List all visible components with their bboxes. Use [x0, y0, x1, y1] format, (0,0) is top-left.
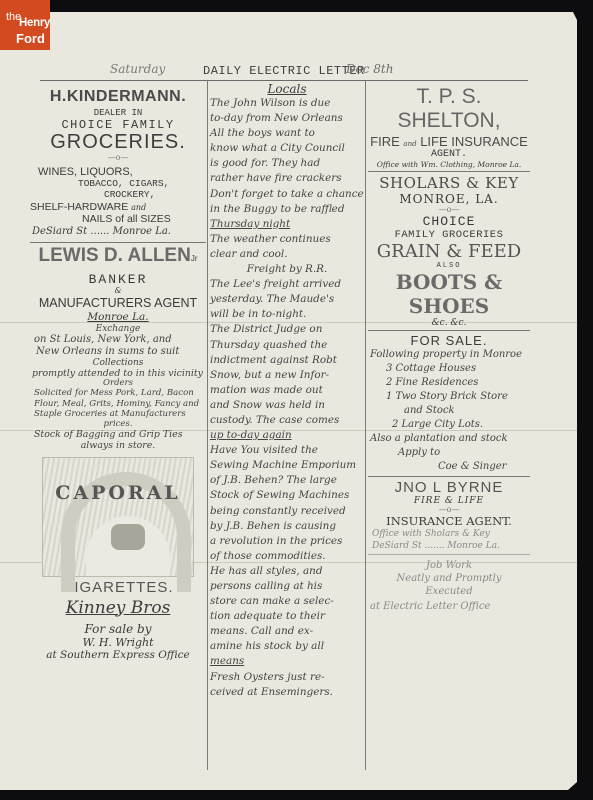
locals-line: will be in to-night.	[210, 307, 364, 322]
job-work-line: Executed	[368, 585, 530, 598]
for-sale-line: Apply to	[368, 446, 530, 460]
locals-line: He has all styles, and	[210, 564, 364, 579]
allen-city: Monroe La.	[30, 311, 206, 323]
locals-heading: Locals	[210, 82, 364, 96]
kindermann-hardware: SHELF-HARDWARE	[30, 201, 128, 213]
masthead-day: Saturday	[110, 62, 165, 76]
portrait-icon	[111, 524, 145, 550]
locals-line: rather have fire crackers	[210, 171, 364, 186]
cigarettes-seller: W. H. Wright	[30, 636, 206, 649]
locals-line: means	[210, 654, 364, 669]
locals-line: Stock of Sewing Machines	[210, 488, 364, 503]
sholars-etc: &c. &c.	[368, 318, 530, 328]
logo-ford: Ford	[16, 31, 45, 46]
sholars-family: FAMILY GROCERIES	[368, 229, 530, 241]
allen-line: on St Louis, New York, and	[30, 334, 206, 346]
for-sale-heading: FOR SALE.	[368, 333, 530, 348]
for-sale-line: 1 Two Story Brick Store	[368, 390, 530, 404]
sholars-city: MONROE, LA.	[368, 192, 530, 206]
byrne-insurance: INSURANCE AGENT.	[368, 514, 530, 528]
divider	[368, 330, 530, 331]
locals-line: The District Judge on	[210, 322, 364, 337]
masthead-title: DAILY ELECTRIC LETTER	[203, 64, 365, 78]
shelton-ad: T. P. S. SHELTON, FIRE and LIFE INSURANC…	[368, 85, 530, 169]
right-column: T. P. S. SHELTON, FIRE and LIFE INSURANC…	[368, 82, 530, 616]
locals-line: yesterday. The Maude's	[210, 292, 364, 307]
sholars-grain: GRAIN & FEED	[368, 241, 530, 262]
allen-line: Stock of Bagging and Grip Ties	[30, 429, 206, 440]
locals-line: The Lee's freight arrived	[210, 277, 364, 292]
for-sale-line: and Stock	[368, 404, 530, 418]
henry-ford-logo[interactable]: the Henry Ford	[0, 0, 50, 50]
left-column: H.KINDERMANN. DEALER IN CHOICE FAMILY GR…	[30, 82, 206, 661]
allen-line: Exchange	[30, 324, 206, 334]
locals-line: means. Call and ex-	[210, 624, 364, 639]
kindermann-and: and	[131, 203, 146, 212]
locals-line: being constantly received	[210, 504, 364, 519]
locals-line: Thursday night	[210, 217, 364, 232]
job-work-line: Neatly and Promptly	[368, 572, 530, 585]
sholars-also: ALSO	[368, 262, 530, 270]
locals-line: in the Buggy to be raffled	[210, 202, 364, 217]
kindermann-wines: WINES, LIQUORS,	[30, 166, 206, 178]
shelton-office: Office with Wm. Clothing, Monroe La.	[368, 160, 530, 169]
allen-amp: &	[30, 287, 206, 295]
divider	[368, 554, 530, 555]
allen-line: Collections	[30, 358, 206, 368]
locals-line: persons calling at his	[210, 579, 364, 594]
allen-jr: Jr	[191, 254, 198, 263]
for-sale-ad: FOR SALE. Following property in Monroe 3…	[368, 333, 530, 474]
divider	[368, 171, 530, 172]
kindermann-groceries: GROCERIES.	[30, 131, 206, 154]
locals-line: is good for. They had	[210, 156, 364, 171]
locals-line: up to-day again	[210, 428, 364, 443]
job-work-ad: Job Work Neatly and Promptly Executed at…	[368, 559, 530, 616]
sholars-choice: CHOICE	[368, 214, 530, 229]
kindermann-tobacco: TOBACCO, CIGARS,	[30, 178, 206, 189]
sholars-key-ad: SHOLARS & KEY MONROE, LA. —o— CHOICE FAM…	[368, 174, 530, 328]
locals-line: Fresh Oysters just re-	[210, 670, 364, 685]
locals-line: a revolution in the prices	[210, 534, 364, 549]
locals-line: by J.B. Behen is causing	[210, 519, 364, 534]
shelton-agent: AGENT.	[368, 149, 530, 160]
locals-text: The John Wilson is due to-day from New O…	[210, 96, 364, 700]
masthead-rule	[40, 80, 528, 81]
for-sale-line: Also a plantation and stock	[368, 432, 530, 446]
allen-banker: BANKER	[30, 272, 206, 287]
logo-henry: Henry	[19, 17, 50, 29]
locals-line: tion adequate to their	[210, 609, 364, 624]
locals-line: Snow, but a new Infor-	[210, 368, 364, 383]
shelton-life: LIFE INSURANCE	[420, 134, 528, 149]
locals-line: custody. The case comes	[210, 413, 364, 428]
shelton-and: and	[403, 140, 416, 148]
divider	[30, 242, 206, 243]
for-sale-line: 3 Cottage Houses	[368, 362, 530, 376]
sholars-name: SHOLARS & KEY	[368, 174, 530, 192]
for-sale-line: Following property in Monroe	[368, 348, 530, 362]
cigarettes-maker: Kinney Bros	[30, 598, 206, 618]
allen-line: New Orleans in sums to suit	[30, 346, 206, 358]
kindermann-crockery: CROCKERY,	[30, 189, 206, 200]
allen-name: LEWIS D. ALLEN	[38, 245, 190, 266]
for-sale-line: 2 Large City Lots.	[368, 418, 530, 432]
locals-line: know what a City Council	[210, 141, 364, 156]
locals-line: amine his stock by all	[210, 639, 364, 654]
kindermann-nails: NAILS of all SIZES	[30, 213, 206, 225]
locals-line: All the boys want to	[210, 126, 364, 141]
locals-line: clear and cool.	[210, 247, 364, 262]
byrne-office: Office with Sholars & Key	[368, 528, 530, 540]
locals-line: Thursday quashed the	[210, 338, 364, 353]
locals-line: of those commodities.	[210, 549, 364, 564]
masthead-date: Dec 8th	[346, 62, 393, 76]
allen-agent: MANUFACTURERS AGENT	[30, 296, 206, 310]
locals-line: to-day from New Orleans	[210, 111, 364, 126]
shelton-name: T. P. S. SHELTON,	[368, 85, 530, 133]
divider	[368, 476, 530, 477]
allen-line: prices.	[30, 420, 206, 429]
byrne-name: JNO L BYRNE	[368, 479, 530, 496]
allen-ad: LEWIS D. ALLENJr BANKER & MANUFACTURERS …	[30, 245, 206, 451]
sholars-boots: BOOTS & SHOES	[368, 270, 530, 318]
masthead: Saturday DAILY ELECTRIC LETTER Dec 8th	[0, 62, 577, 82]
caporal-illustration: CAPORAL	[42, 457, 194, 577]
locals-line: of J.B. Behen? The large	[210, 473, 364, 488]
allen-line: Flour, Meal, Grits, Hominy, Fancy and	[30, 399, 206, 410]
allen-line: Solicited for Mess Pork, Lard, Bacon	[30, 388, 206, 399]
kindermann-name: H.KINDERMANN.	[30, 88, 206, 106]
byrne-ad: JNO L BYRNE FIRE & LIFE —o— INSURANCE AG…	[368, 479, 530, 552]
column-divider	[207, 80, 208, 770]
for-sale-line: Coe & Singer	[368, 460, 530, 474]
locals-line: The weather continues	[210, 232, 364, 247]
locals-line: indictment against Robt	[210, 353, 364, 368]
locals-line: mation was made out	[210, 383, 364, 398]
ornament: —o—	[30, 154, 206, 162]
job-work-line: Job Work	[368, 559, 530, 572]
locals-line: Have You visited the	[210, 443, 364, 458]
allen-line: always in store.	[30, 440, 206, 451]
ornament: —o—	[368, 506, 530, 514]
column-divider	[365, 80, 366, 770]
allen-line: Orders	[30, 379, 206, 388]
locals-line: and Snow was held in	[210, 398, 364, 413]
kindermann-choice: CHOICE FAMILY	[30, 118, 206, 132]
locals-line: The John Wilson is due	[210, 96, 364, 111]
locals-line: store can make a selec-	[210, 594, 364, 609]
locals-line: ceived at Ensemingers.	[210, 685, 364, 700]
ornament: —o—	[368, 206, 530, 214]
for-sale-line: 2 Fine Residences	[368, 376, 530, 390]
allen-line: Staple Groceries at Manufacturers	[30, 409, 206, 420]
byrne-address: DeSiard St ....... Monroe La.	[368, 540, 530, 552]
kindermann-dealer: DEALER IN	[30, 108, 206, 118]
kindermann-ad: H.KINDERMANN. DEALER IN CHOICE FAMILY GR…	[30, 88, 206, 237]
job-work-line: at Electric Letter Office	[368, 598, 530, 616]
locals-subheading: Freight by R.R.	[210, 262, 364, 277]
shelton-fire: FIRE	[370, 134, 400, 149]
caporal-brand: CAPORAL	[43, 482, 193, 504]
locals-line: Don't forget to take a chance	[210, 187, 364, 202]
locals-line: Sewing Machine Emporium	[210, 458, 364, 473]
cigarettes-location: at Southern Express Office	[30, 649, 206, 661]
locals-column: Locals The John Wilson is due to-day fro…	[210, 82, 364, 700]
kindermann-address: DeSiard St ...... Monroe La.	[30, 226, 206, 237]
cigarettes-sale-by: For sale by	[30, 622, 206, 636]
